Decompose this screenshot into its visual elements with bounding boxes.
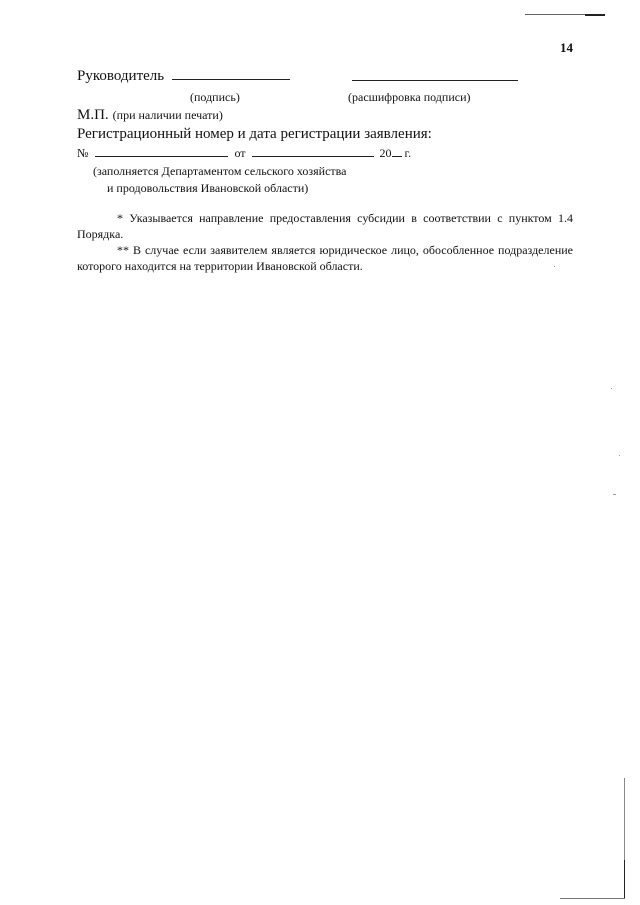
number-sign: № — [77, 146, 88, 160]
signature-row: Руководитель — [77, 68, 290, 85]
stamp-line: М.П. (при наличии печати) — [77, 106, 223, 124]
registration-number-field[interactable] — [95, 156, 228, 157]
scan-speck — [619, 455, 620, 456]
footnote-2: ** В случае если заявителем является юри… — [77, 242, 573, 274]
stamp-note: (при наличии печати) — [113, 108, 223, 122]
transcript-caption: (расшифровка подписи) — [348, 90, 471, 105]
stamp-label: М.П. — [77, 107, 109, 123]
scan-right-edge-dark — [624, 860, 625, 898]
signature-field[interactable] — [172, 79, 290, 80]
from-label: от — [234, 146, 245, 160]
signature-caption: (подпись) — [190, 90, 240, 105]
scan-speck — [611, 388, 612, 389]
scan-bottom-edge — [560, 898, 625, 899]
registration-title: Регистрационный номер и дата регистрации… — [77, 126, 432, 143]
head-label: Руководитель — [77, 68, 164, 84]
year-prefix: 20 — [380, 146, 392, 160]
registration-date-field[interactable] — [252, 156, 374, 157]
year-field[interactable] — [392, 156, 402, 157]
registration-note-line2: и продовольствия Ивановской области) — [107, 181, 308, 196]
scan-top-line-dark — [585, 14, 605, 16]
registration-note-line1: (заполняется Департаментом сельского хоз… — [93, 164, 346, 179]
scan-speck — [613, 494, 616, 495]
registration-number-row: № от 20 г. — [77, 146, 411, 161]
footnote-1: * Указывается направление предоставления… — [77, 210, 573, 242]
page-number: 14 — [560, 40, 573, 56]
transcript-field[interactable] — [352, 80, 518, 81]
scan-speck — [554, 266, 555, 267]
year-suffix: г. — [405, 146, 412, 160]
